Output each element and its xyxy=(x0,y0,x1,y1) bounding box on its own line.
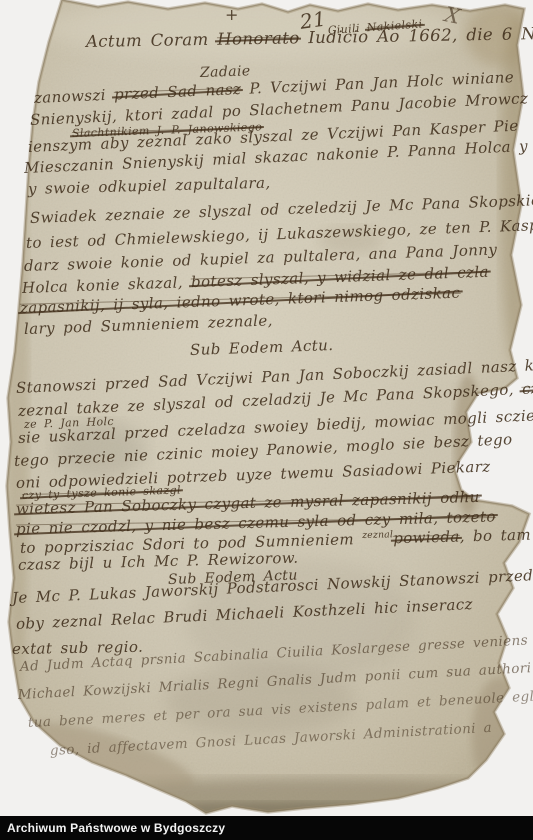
manuscript-paper xyxy=(0,0,533,816)
archive-footer-bar: Archiwum Państwowe w Bydgoszczy xyxy=(0,816,533,840)
archive-name-label: Archiwum Państwowe w Bydgoszczy xyxy=(0,821,225,835)
scan-background: +21Ciuili NakielskiXActum Coram Honorato… xyxy=(0,0,533,816)
